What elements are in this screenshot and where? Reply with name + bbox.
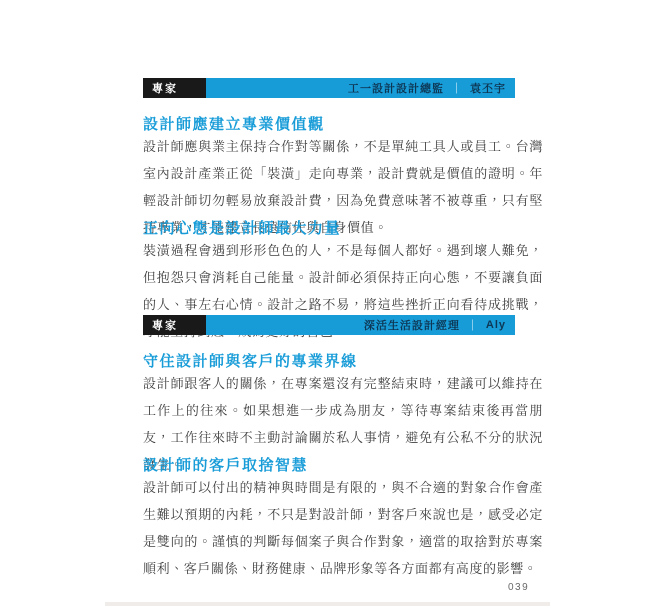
magazine-page: 專家 工一設計設計總監 ｜ 袁丕宇 設計師應建立專業價值觀 設計師應與業主保持合…: [0, 0, 655, 609]
page-number: 039: [508, 582, 529, 593]
credit-role: 工一設計設計總監: [348, 80, 444, 96]
credit-name: Aly: [486, 319, 506, 331]
expert-credit-bar: 工一設計設計總監 ｜ 袁丕宇: [206, 78, 515, 98]
article-heading: 設計師應建立專業價值觀: [143, 117, 543, 133]
expert-label-text: 專家: [152, 317, 178, 333]
article-heading: 正向心態是設計師最大力量: [143, 221, 543, 237]
expert-header-bar-2: 專家 深活生活設計經理 ｜ Aly: [143, 315, 515, 335]
credit-divider: ｜: [467, 317, 479, 333]
article-body: 設計師可以付出的精神與時間是有限的，與不合適的對象合作會產生難以預期的內耗，不只…: [143, 474, 543, 582]
expert-header-bar-1: 專家 工一設計設計總監 ｜ 袁丕宇: [143, 78, 515, 98]
credit-role: 深活生活設計經理: [364, 317, 460, 333]
credit-name: 袁丕宇: [470, 80, 506, 96]
credit-divider: ｜: [451, 80, 463, 96]
expert-label-badge: 專家: [143, 315, 206, 335]
expert-label-text: 專家: [152, 80, 178, 96]
article-heading: 設計師的客戶取捨智慧: [143, 458, 543, 474]
expert-label-badge: 專家: [143, 78, 206, 98]
article-heading: 守住設計師與客戶的專業界線: [143, 354, 543, 370]
page-bottom-rule: [105, 602, 550, 606]
expert-credit-bar: 深活生活設計經理 ｜ Aly: [206, 315, 515, 335]
